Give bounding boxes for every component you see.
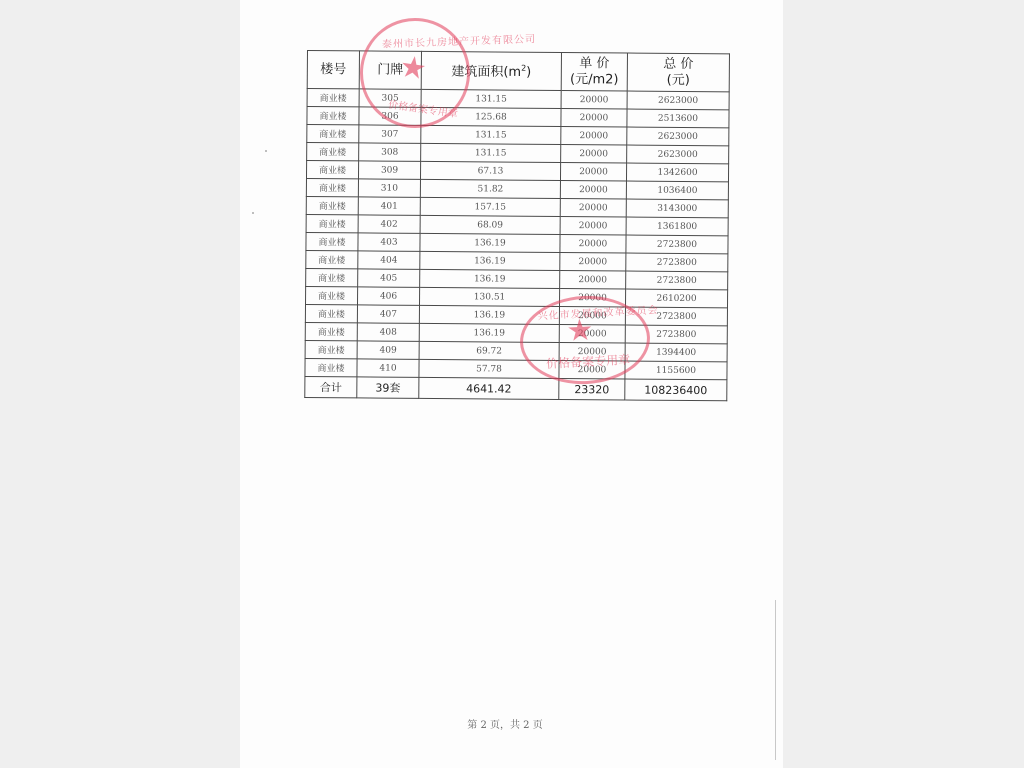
cell-unit-price: 20000	[559, 342, 625, 361]
cell-door-no: 403	[358, 233, 420, 251]
cell-unit-price: 20000	[560, 180, 626, 199]
cell-unit-price: 20000	[561, 126, 627, 145]
cell-building: 商业楼	[305, 340, 357, 358]
cell-door-no: 310	[358, 179, 420, 197]
cell-total-price: 2723800	[625, 307, 727, 326]
total-units: 39套	[357, 377, 419, 398]
cell-building: 商业楼	[306, 161, 358, 179]
cell-door-no: 405	[358, 269, 420, 287]
cell-building: 商业楼	[306, 268, 358, 286]
cell-unit-price: 20000	[560, 270, 626, 289]
cell-building: 商业楼	[307, 107, 359, 125]
cell-area: 136.19	[419, 323, 559, 342]
cell-building: 商业楼	[306, 250, 358, 268]
cell-total-price: 2723800	[626, 235, 728, 254]
cell-door-no: 408	[357, 323, 419, 341]
header-total-price-label: 总 价	[628, 56, 729, 73]
page-edge-shadow	[775, 600, 776, 760]
cell-door-no: 401	[358, 197, 420, 215]
cell-building: 商业楼	[306, 232, 358, 250]
header-total-price: 总 价(元)	[627, 53, 729, 92]
cell-unit-price: 20000	[561, 144, 627, 163]
cell-total-price: 2723800	[626, 271, 728, 290]
cell-total-price: 1394400	[625, 343, 727, 362]
cell-building: 商业楼	[306, 214, 358, 232]
cell-building: 商业楼	[305, 322, 357, 340]
cell-unit-price: 20000	[560, 234, 626, 253]
cell-unit-price: 20000	[560, 252, 626, 271]
cell-total-price: 3143000	[626, 199, 728, 218]
cell-unit-price: 20000	[560, 198, 626, 217]
cell-area: 68.09	[420, 215, 560, 234]
cell-total-price: 2513600	[627, 109, 729, 128]
cell-building: 商业楼	[305, 304, 357, 322]
cell-area: 69.72	[419, 341, 559, 360]
header-door-no: 门牌	[359, 51, 421, 89]
cell-door-no: 308	[359, 143, 421, 161]
cell-total-price: 2623000	[627, 145, 729, 164]
cell-door-no: 407	[357, 305, 419, 323]
cell-building: 商业楼	[307, 89, 359, 107]
cell-unit-price: 20000	[559, 288, 625, 307]
cell-door-no: 410	[357, 359, 419, 377]
cell-area: 130.51	[419, 287, 559, 306]
table-header-row: 楼号 门牌 建筑面积(m2) 单 价(元/m2) 总 价(元)	[307, 51, 729, 92]
table-body: 商业楼305131.15200002623000商业楼306125.682000…	[305, 89, 729, 380]
cell-area: 131.15	[421, 143, 561, 162]
cell-area: 136.19	[420, 251, 560, 270]
total-row: 合计 39套 4641.42 23320 108236400	[305, 376, 727, 400]
cell-area: 157.15	[420, 197, 560, 216]
cell-area: 136.19	[420, 269, 560, 288]
total-unit-price: 23320	[559, 378, 625, 400]
header-area-label: 建筑面积(m	[451, 65, 521, 81]
cell-unit-price: 20000	[561, 108, 627, 127]
cell-building: 商业楼	[306, 196, 358, 214]
cell-door-no: 305	[359, 89, 421, 107]
price-table: 楼号 门牌 建筑面积(m2) 单 价(元/m2) 总 价(元) 商业楼30513…	[304, 50, 730, 401]
cell-total-price: 2610200	[625, 289, 727, 308]
cell-total-price: 1036400	[626, 181, 728, 200]
cell-building: 商业楼	[307, 125, 359, 143]
cell-unit-price: 20000	[560, 162, 626, 181]
cell-area: 67.13	[420, 161, 560, 180]
cell-unit-price: 20000	[559, 360, 625, 379]
cell-area: 57.78	[419, 359, 559, 378]
cell-total-price: 2723800	[625, 325, 727, 344]
cell-door-no: 406	[357, 287, 419, 305]
page-footer: 第 2 页，共 2 页	[455, 716, 555, 731]
scan-speck	[252, 212, 254, 214]
cell-area: 136.19	[419, 305, 559, 324]
cell-door-no: 306	[359, 107, 421, 125]
header-total-price-unit: (元)	[628, 72, 729, 89]
cell-building: 商业楼	[307, 143, 359, 161]
cell-unit-price: 20000	[559, 324, 625, 343]
scan-speck	[265, 150, 267, 152]
cell-total-price: 2623000	[627, 91, 729, 110]
cell-building: 商业楼	[306, 178, 358, 196]
cell-unit-price: 20000	[560, 216, 626, 235]
cell-total-price: 1342600	[626, 163, 728, 182]
cell-total-price: 1361800	[626, 217, 728, 236]
cell-area: 136.19	[420, 233, 560, 252]
cell-unit-price: 20000	[561, 90, 627, 109]
cell-area: 131.15	[421, 125, 561, 144]
header-unit-price: 单 价(元/m2)	[561, 52, 627, 91]
cell-area: 131.15	[421, 89, 561, 108]
header-area-close: )	[526, 65, 531, 80]
header-unit-price-unit: (元/m2)	[562, 72, 627, 89]
total-price: 108236400	[625, 379, 727, 401]
cell-area: 125.68	[421, 107, 561, 126]
total-label: 合计	[305, 376, 357, 397]
header-unit-price-label: 单 价	[562, 56, 627, 73]
cell-door-no: 309	[358, 161, 420, 179]
cell-total-price: 1155600	[625, 361, 727, 380]
header-building: 楼号	[307, 51, 359, 89]
cell-door-no: 409	[357, 341, 419, 359]
cell-door-no: 404	[358, 251, 420, 269]
cell-building: 商业楼	[306, 286, 358, 304]
cell-area: 51.82	[420, 179, 560, 198]
cell-building: 商业楼	[305, 358, 357, 376]
header-area: 建筑面积(m2)	[421, 51, 561, 90]
cell-total-price: 2723800	[626, 253, 728, 272]
cell-total-price: 2623000	[627, 127, 729, 146]
total-area: 4641.42	[419, 377, 559, 399]
cell-door-no: 402	[358, 215, 420, 233]
cell-door-no: 307	[359, 125, 421, 143]
cell-unit-price: 20000	[559, 306, 625, 325]
